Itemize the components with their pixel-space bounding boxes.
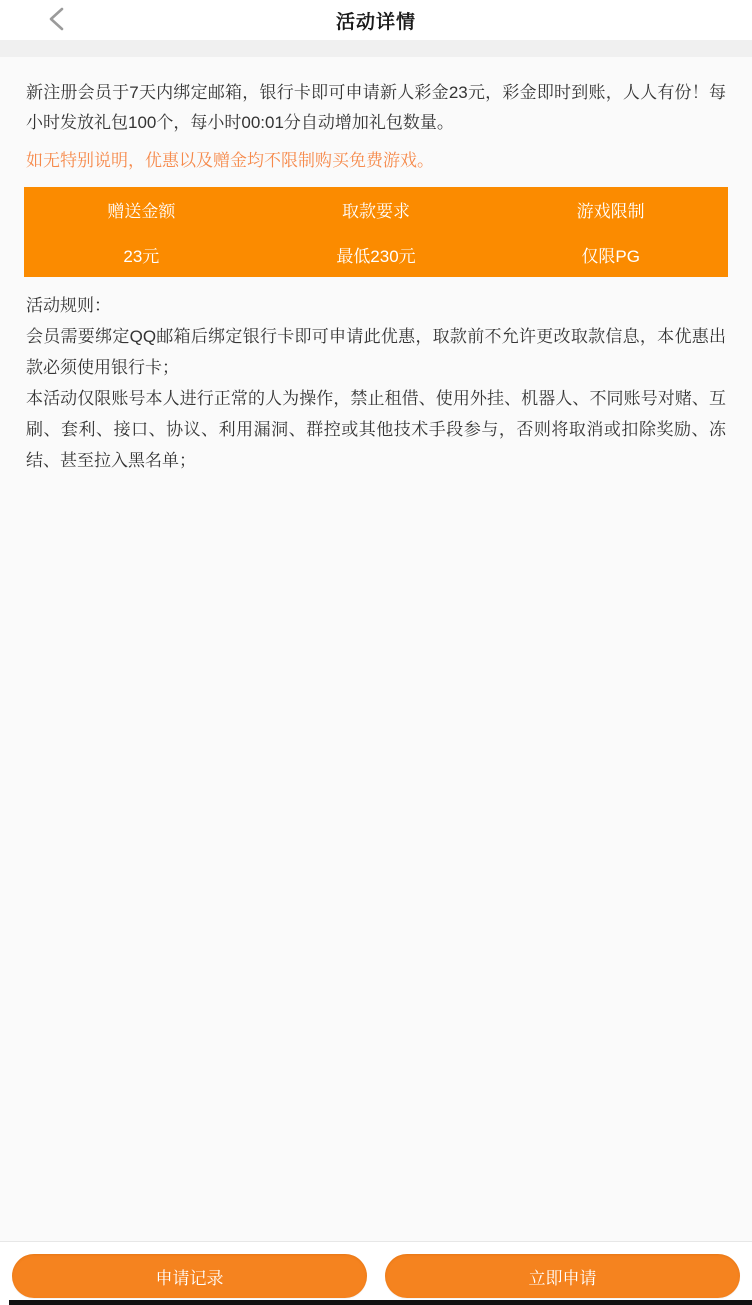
table-header-withdrawal: 取款要求 bbox=[259, 187, 494, 232]
navbar: 活动详情 bbox=[0, 0, 752, 40]
rules-title: 活动规则： bbox=[26, 290, 726, 321]
activity-detail-page: 活动详情 新注册会员于7天内绑定邮箱，银行卡即可申请新人彩金23元，彩金即时到账… bbox=[0, 0, 752, 1305]
header-divider-band bbox=[0, 40, 752, 57]
promo-note: 如无特别说明，优惠以及赠金均不限制购买免费游戏。 bbox=[26, 149, 726, 173]
table-value-game-limit: 仅限PG bbox=[493, 232, 728, 277]
promo-description: 新注册会员于7天内绑定邮箱，银行卡即可申请新人彩金23元，彩金即时到账，人人有份… bbox=[26, 78, 726, 138]
footer-action-bar: 申请记录 立即申请 bbox=[0, 1241, 752, 1305]
table-value-bonus: 23元 bbox=[24, 232, 259, 277]
rule-item: 本活动仅限账号本人进行正常的人为操作，禁止租借、使用外挂、机器人、不同账号对赌、… bbox=[26, 383, 726, 476]
table-value-row: 23元 最低230元 仅限PG bbox=[24, 232, 728, 277]
table-header-bonus: 赠送金额 bbox=[24, 187, 259, 232]
application-record-button[interactable]: 申请记录 bbox=[12, 1254, 367, 1298]
table-header-game-limit: 游戏限制 bbox=[493, 187, 728, 232]
back-button[interactable] bbox=[38, 2, 74, 38]
rule-item: 会员需要绑定QQ邮箱后绑定银行卡即可申请此优惠，取款前不允许更改取款信息，本优惠… bbox=[26, 321, 726, 383]
page-title: 活动详情 bbox=[336, 7, 416, 34]
table-header-row: 赠送金额 取款要求 游戏限制 bbox=[24, 187, 728, 232]
chevron-left-icon bbox=[48, 7, 65, 34]
apply-now-button[interactable]: 立即申请 bbox=[385, 1254, 740, 1298]
device-bottom-line bbox=[9, 1300, 752, 1305]
rules-section: 活动规则： 会员需要绑定QQ邮箱后绑定银行卡即可申请此优惠，取款前不允许更改取款… bbox=[26, 290, 726, 476]
promo-info-table: 赠送金额 取款要求 游戏限制 23元 最低230元 仅限PG bbox=[24, 187, 728, 277]
table-value-withdrawal: 最低230元 bbox=[259, 232, 494, 277]
content-area: 新注册会员于7天内绑定邮箱，银行卡即可申请新人彩金23元，彩金即时到账，人人有份… bbox=[0, 78, 752, 476]
